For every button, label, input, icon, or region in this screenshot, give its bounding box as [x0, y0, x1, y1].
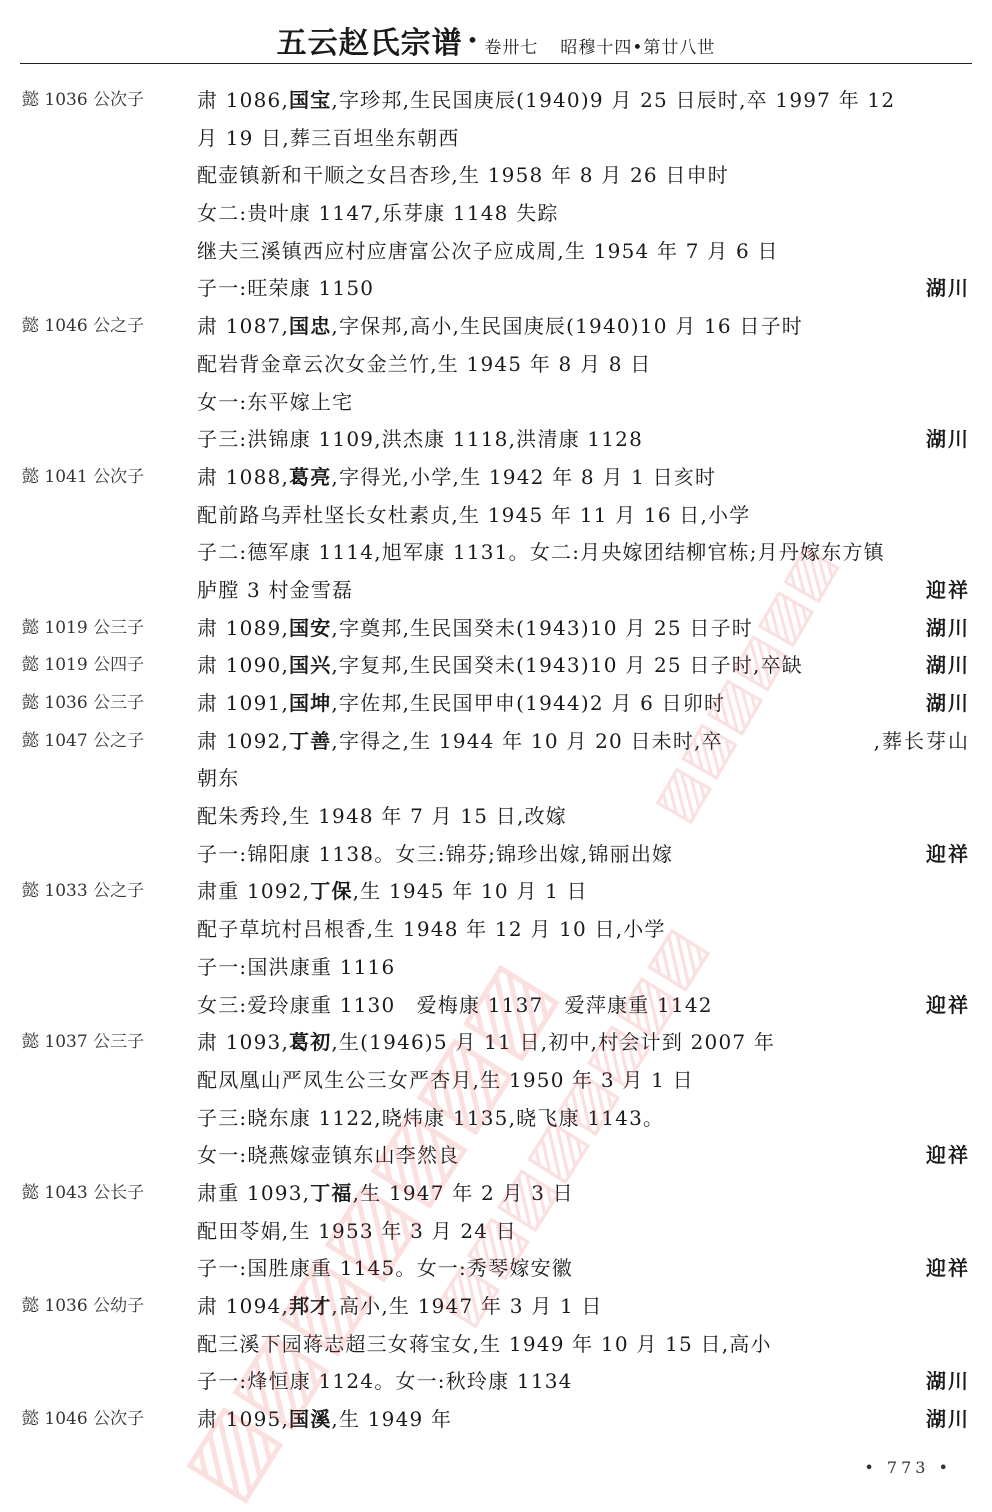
person-name: 丁福 [310, 1181, 352, 1205]
entry-text: 朝东 [197, 760, 239, 798]
entry-line: 懿 1019 公四子肃 1090,国兴,字复邦,生民国癸未(1943)10 月 … [0, 647, 992, 685]
entry-text: 子一:国胜康重 1145。女一:秀琴嫁安徽 [197, 1250, 573, 1288]
entry-text: 配前路乌弄杜坚长女杜素贞,生 1945 年 11 月 16 日,小学 [197, 497, 750, 535]
genealogy-entry: 懿 1041 公次子肃 1088,葛亮,字得光,小学,生 1942 年 8 月 … [0, 459, 992, 610]
generation-label: 昭穆十四•第廿八世 [560, 38, 715, 58]
entry-text: 肃 1091,国坤,字佐邦,生民国甲申(1944)2 月 6 日卯时 [197, 685, 725, 723]
entry-line: 子一:锦阳康 1138。女三:锦芬;锦珍出嫁,锦丽出嫁迎祥 [0, 836, 992, 874]
book-title: 五云赵氏宗谱 [277, 26, 463, 61]
parent-reference: 懿 1036 公次子 [22, 82, 144, 120]
entry-line: 子二:德军康 1114,旭军康 1131。女二:月央嫁团结柳官栋;月丹嫁东方镇 [0, 534, 992, 572]
parent-reference: 懿 1046 公次子 [22, 1401, 144, 1439]
residence-label: 湖川 [926, 610, 970, 648]
entry-line: 子一:国洪康重 1116 [0, 949, 992, 987]
entry-line: 配凤凰山严凤生公三女严杏月,生 1950 年 3 月 1 日 [0, 1062, 992, 1100]
parent-reference: 懿 1033 公之子 [22, 873, 144, 911]
entry-text: 子一:锦阳康 1138。女三:锦芬;锦珍出嫁,锦丽出嫁 [197, 836, 673, 874]
parent-reference: 懿 1036 公三子 [22, 685, 144, 723]
entry-line: 月 19 日,葬三百坦坐东朝西 [0, 120, 992, 158]
genealogy-entry: 懿 1047 公之子肃 1092,丁善,字得之,生 1944 年 10 月 20… [0, 723, 992, 874]
entry-text: 肃 1087,国忠,字保邦,高小,生民国庚辰(1940)10 月 16 日子时 [197, 308, 803, 346]
entry-text: 肃 1089,国安,字奠邦,生民国癸未(1943)10 月 25 日子时 [197, 610, 753, 648]
entry-line: 胪膛 3 村金雪磊迎祥 [0, 572, 992, 610]
entry-line: 懿 1037 公三子肃 1093,葛初,生(1946)5 月 11 日,初中,村… [0, 1024, 992, 1062]
person-name: 丁善 [289, 729, 331, 753]
burial-place-text: ,葬长芽山 [874, 723, 970, 761]
residence-label: 湖川 [926, 1363, 970, 1401]
entry-text: 女一:晓燕嫁壶镇东山李然良 [197, 1137, 459, 1175]
genealogy-entry: 懿 1046 公之子肃 1087,国忠,字保邦,高小,生民国庚辰(1940)10… [0, 308, 992, 459]
genealogy-entry: 懿 1019 公四子肃 1090,国兴,字复邦,生民国癸未(1943)10 月 … [0, 647, 992, 685]
residence-label: 湖川 [926, 1401, 970, 1439]
parent-reference: 懿 1019 公四子 [22, 647, 144, 685]
entry-line: 子一:烽恒康 1124。女一:秋玲康 1134湖川 [0, 1363, 992, 1401]
header-separator: • [467, 28, 479, 52]
entry-text: 子一:烽恒康 1124。女一:秋玲康 1134 [197, 1363, 573, 1401]
entry-line: 子三:晓东康 1122,晓炜康 1135,晓飞康 1143。 [0, 1100, 992, 1138]
entry-text: 肃 1088,葛亮,字得光,小学,生 1942 年 8 月 1 日亥时 [197, 459, 716, 497]
entry-text: 配壶镇新和干顺之女吕杏珍,生 1958 年 8 月 26 日申时 [197, 157, 729, 195]
parent-reference: 懿 1019 公三子 [22, 610, 144, 648]
entry-text: 肃 1086,国宝,字珍邦,生民国庚辰(1940)9 月 25 日辰时,卒 19… [197, 82, 895, 120]
entry-text: 配子草坑村吕根香,生 1948 年 12 月 10 日,小学 [197, 911, 666, 949]
entry-line: 女二:贵叶康 1147,乐芽康 1148 失踪 [0, 195, 992, 233]
entry-line: 女一:东平嫁上宅 [0, 384, 992, 422]
person-name: 葛亮 [289, 465, 331, 489]
entry-line: 女三:爱玲康重 1130 爱梅康 1137 爱萍康重 1142迎祥 [0, 987, 992, 1025]
entry-line: 子一:国胜康重 1145。女一:秀琴嫁安徽迎祥 [0, 1250, 992, 1288]
person-name: 丁保 [310, 879, 352, 903]
entry-text: 肃 1095,国溪,生 1949 年 [197, 1401, 452, 1439]
page-number: • 773 • [864, 1458, 952, 1477]
entry-line: 配朱秀玲,生 1948 年 7 月 15 日,改嫁 [0, 798, 992, 836]
entry-text: 子三:洪锦康 1109,洪杰康 1118,洪清康 1128 [197, 421, 643, 459]
entry-line: 懿 1046 公之子肃 1087,国忠,字保邦,高小,生民国庚辰(1940)10… [0, 308, 992, 346]
residence-label: 迎祥 [926, 987, 970, 1025]
entry-text: 月 19 日,葬三百坦坐东朝西 [197, 120, 460, 158]
residence-label: 迎祥 [926, 1137, 970, 1175]
entry-line: 懿 1033 公之子肃重 1092,丁保,生 1945 年 10 月 1 日 [0, 873, 992, 911]
genealogy-entry: 懿 1036 公三子肃 1091,国坤,字佐邦,生民国甲申(1944)2 月 6… [0, 685, 992, 723]
entry-line: 懿 1036 公幼子肃 1094,邦才,高小,生 1947 年 3 月 1 日 [0, 1288, 992, 1326]
person-name: 国兴 [289, 653, 331, 677]
parent-reference: 懿 1036 公幼子 [22, 1288, 144, 1326]
residence-label: 湖川 [926, 685, 970, 723]
entry-line: 女一:晓燕嫁壶镇东山李然良迎祥 [0, 1137, 992, 1175]
entry-line: 懿 1019 公三子肃 1089,国安,字奠邦,生民国癸未(1943)10 月 … [0, 610, 992, 648]
entry-line: 配子草坑村吕根香,生 1948 年 12 月 10 日,小学 [0, 911, 992, 949]
entry-text: 女二:贵叶康 1147,乐芽康 1148 失踪 [197, 195, 559, 233]
entry-text: 肃 1093,葛初,生(1946)5 月 11 日,初中,村会计到 2007 年 [197, 1024, 775, 1062]
entry-text: 子一:旺荣康 1150 [197, 270, 374, 308]
person-name: 国忠 [289, 314, 331, 338]
entry-line: 子一:旺荣康 1150湖川 [0, 270, 992, 308]
residence-label: 湖川 [926, 647, 970, 685]
entry-text: 肃重 1093,丁福,生 1947 年 2 月 3 日 [197, 1175, 574, 1213]
person-name: 葛初 [289, 1030, 331, 1054]
genealogy-entry: 懿 1036 公次子肃 1086,国宝,字珍邦,生民国庚辰(1940)9 月 2… [0, 82, 992, 308]
entry-text: 配田苓娟,生 1953 年 3 月 24 日 [197, 1213, 517, 1251]
person-name: 国宝 [289, 88, 331, 112]
entry-line: 懿 1036 公次子肃 1086,国宝,字珍邦,生民国庚辰(1940)9 月 2… [0, 82, 992, 120]
genealogy-entry: 懿 1036 公幼子肃 1094,邦才,高小,生 1947 年 3 月 1 日配… [0, 1288, 992, 1401]
parent-reference: 懿 1037 公三子 [22, 1024, 144, 1062]
person-name: 国溪 [289, 1407, 331, 1431]
entry-text: 女一:东平嫁上宅 [197, 384, 353, 422]
residence-label: 迎祥 [926, 1250, 970, 1288]
person-name: 邦才 [289, 1294, 331, 1318]
entry-text: 肃 1092,丁善,字得之,生 1944 年 10 月 20 日未时,卒 [197, 723, 723, 761]
entry-line: 配前路乌弄杜坚长女杜素贞,生 1945 年 11 月 16 日,小学 [0, 497, 992, 535]
entry-text: 肃 1090,国兴,字复邦,生民国癸未(1943)10 月 25 日子时,卒缺 [197, 647, 803, 685]
entry-line: 懿 1041 公次子肃 1088,葛亮,字得光,小学,生 1942 年 8 月 … [0, 459, 992, 497]
genealogy-entry: 懿 1019 公三子肃 1089,国安,字奠邦,生民国癸未(1943)10 月 … [0, 610, 992, 648]
volume-label: 卷卅七 [484, 38, 538, 58]
person-name: 国安 [289, 616, 331, 640]
genealogy-entry: 懿 1046 公次子肃 1095,国溪,生 1949 年湖川 [0, 1401, 992, 1439]
residence-label: 湖川 [926, 270, 970, 308]
entry-line: 配三溪下园蒋志超三女蒋宝女,生 1949 年 10 月 15 日,高小 [0, 1326, 992, 1364]
person-name: 国坤 [289, 691, 331, 715]
residence-label: 湖川 [926, 421, 970, 459]
entry-line: 配田苓娟,生 1953 年 3 月 24 日 [0, 1213, 992, 1251]
entry-text: 继夫三溪镇西应村应唐富公次子应成周,生 1954 年 7 月 6 日 [197, 233, 779, 271]
genealogy-entry: 懿 1037 公三子肃 1093,葛初,生(1946)5 月 11 日,初中,村… [0, 1024, 992, 1175]
entry-text: 配凤凰山严凤生公三女严杏月,生 1950 年 3 月 1 日 [197, 1062, 694, 1100]
entry-text: 配岩背金章云次女金兰竹,生 1945 年 8 月 8 日 [197, 346, 651, 384]
entry-text: 肃 1094,邦才,高小,生 1947 年 3 月 1 日 [197, 1288, 603, 1326]
entry-text: 子二:德军康 1114,旭军康 1131。女二:月央嫁团结柳官栋;月丹嫁东方镇 [197, 534, 885, 572]
entry-list: 懿 1036 公次子肃 1086,国宝,字珍邦,生民国庚辰(1940)9 月 2… [0, 82, 992, 1439]
entry-line: 配壶镇新和干顺之女吕杏珍,生 1958 年 8 月 26 日申时 [0, 157, 992, 195]
residence-label: 迎祥 [926, 572, 970, 610]
genealogy-page: 五云赵氏宗谱•卷卅七昭穆十四•第廿八世 懿 1036 公次子肃 1086,国宝,… [0, 0, 992, 1512]
genealogy-entry: 懿 1043 公长子肃重 1093,丁福,生 1947 年 2 月 3 日配田苓… [0, 1175, 992, 1288]
entry-text: 子一:国洪康重 1116 [197, 949, 395, 987]
parent-reference: 懿 1041 公次子 [22, 459, 144, 497]
entry-text: 女三:爱玲康重 1130 爱梅康 1137 爱萍康重 1142 [197, 987, 713, 1025]
entry-line: 继夫三溪镇西应村应唐富公次子应成周,生 1954 年 7 月 6 日 [0, 233, 992, 271]
residence-label: 迎祥 [926, 836, 970, 874]
entry-line: 懿 1046 公次子肃 1095,国溪,生 1949 年湖川 [0, 1401, 992, 1439]
entry-text: 肃重 1092,丁保,生 1945 年 10 月 1 日 [197, 873, 588, 911]
entry-text: 胪膛 3 村金雪磊 [197, 572, 353, 610]
entry-text: 配三溪下园蒋志超三女蒋宝女,生 1949 年 10 月 15 日,高小 [197, 1326, 772, 1364]
entry-line: 朝东 [0, 760, 992, 798]
parent-reference: 懿 1043 公长子 [22, 1175, 144, 1213]
entry-line: 懿 1043 公长子肃重 1093,丁福,生 1947 年 2 月 3 日 [0, 1175, 992, 1213]
entry-text: 子三:晓东康 1122,晓炜康 1135,晓飞康 1143。 [197, 1100, 664, 1138]
entry-line: 懿 1047 公之子肃 1092,丁善,字得之,生 1944 年 10 月 20… [0, 723, 992, 761]
parent-reference: 懿 1046 公之子 [22, 308, 144, 346]
page-header: 五云赵氏宗谱•卷卅七昭穆十四•第廿八世 [0, 18, 992, 58]
header-rule [20, 63, 972, 64]
entry-text: 配朱秀玲,生 1948 年 7 月 15 日,改嫁 [197, 798, 567, 836]
entry-line: 懿 1036 公三子肃 1091,国坤,字佐邦,生民国甲申(1944)2 月 6… [0, 685, 992, 723]
parent-reference: 懿 1047 公之子 [22, 723, 144, 761]
genealogy-entry: 懿 1033 公之子肃重 1092,丁保,生 1945 年 10 月 1 日配子… [0, 873, 992, 1024]
entry-line: 配岩背金章云次女金兰竹,生 1945 年 8 月 8 日 [0, 346, 992, 384]
entry-line: 子三:洪锦康 1109,洪杰康 1118,洪清康 1128湖川 [0, 421, 992, 459]
